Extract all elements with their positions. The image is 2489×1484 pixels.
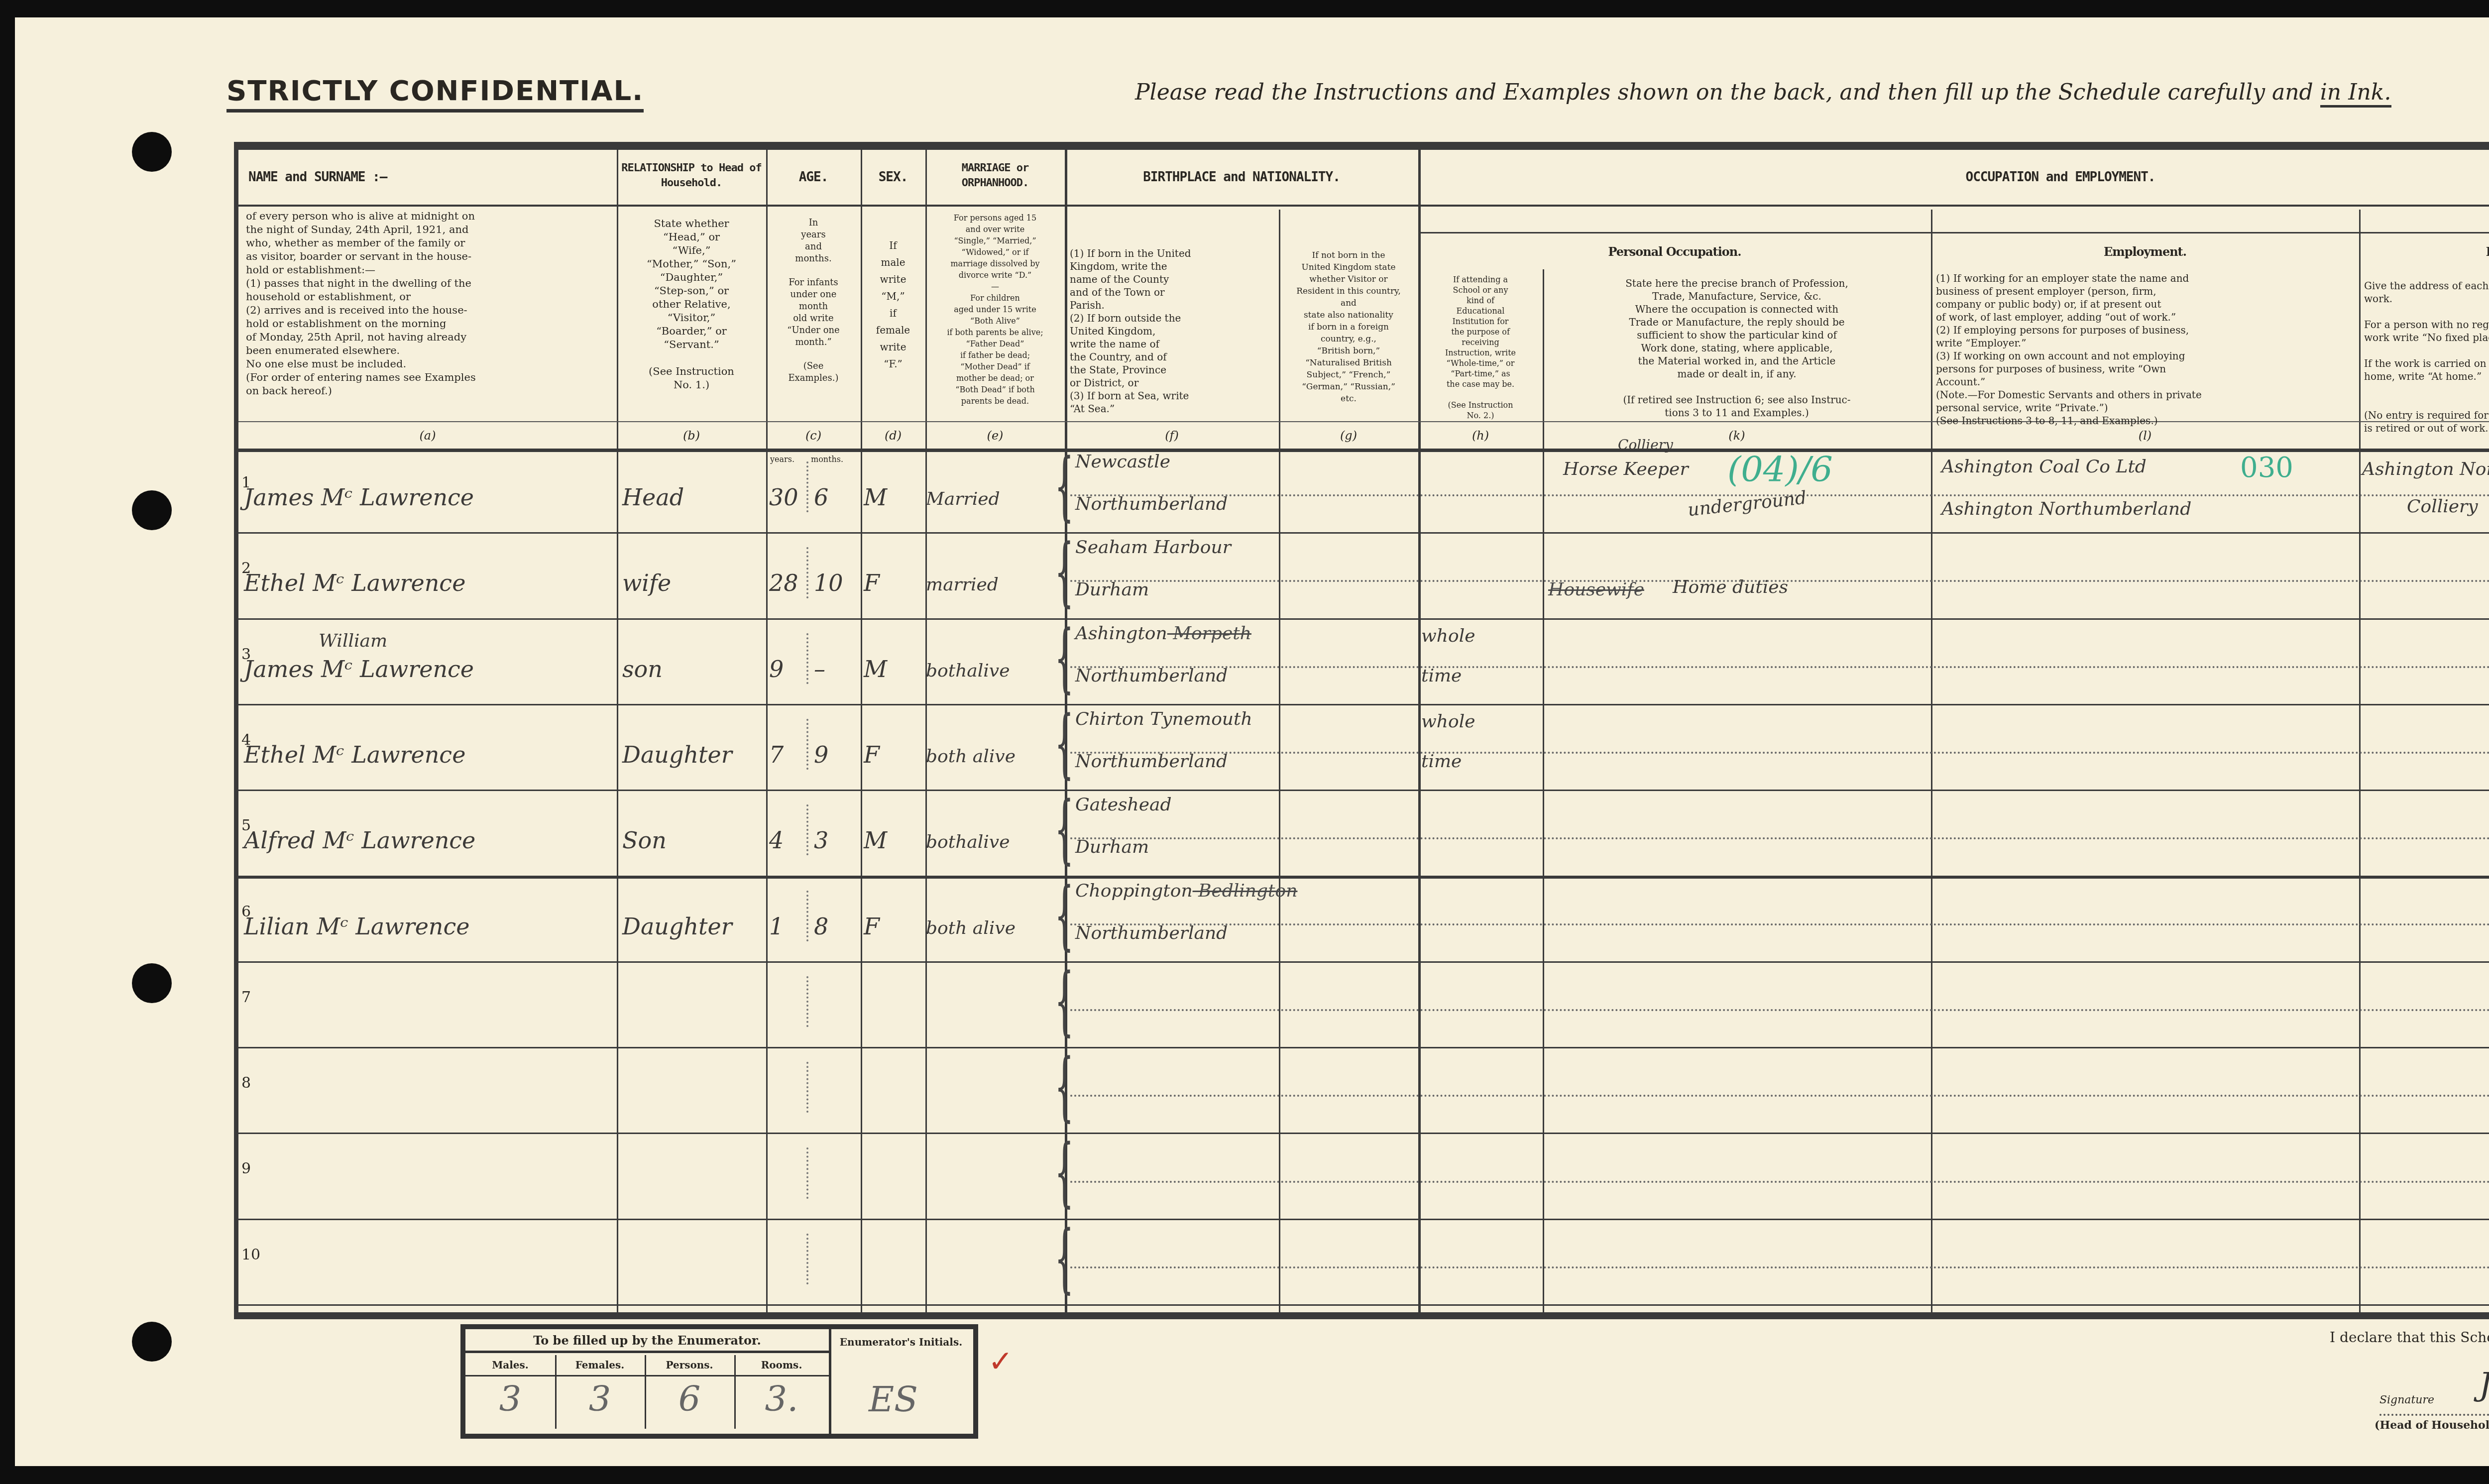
birthplace-town-field[interactable]: Newcastle: [1075, 452, 1170, 472]
fill-instructions: Please read the Instructions and Example…: [1135, 80, 2391, 105]
red-check-mark-icon: ✓: [988, 1344, 1013, 1379]
person-name-insert: William: [319, 631, 387, 651]
column-header-place-of-work: Place of Work.: [2359, 244, 2489, 259]
occupation-struck-text: Housewife: [1548, 579, 1644, 600]
relationship-field[interactable]: Daughter: [622, 913, 732, 940]
age-months-field[interactable]: –: [814, 656, 825, 683]
females-count: Females.3: [555, 1355, 646, 1429]
instructions-personal-occupation: State here the precise branch of Profess…: [1548, 277, 1926, 419]
birthplace-county-field[interactable]: Durham: [1075, 579, 1149, 600]
instructions-name: of every person who is alive at midnight…: [246, 210, 609, 398]
instructions-school: If attending aSchool or anykind ofEducat…: [1421, 274, 1540, 421]
school-attendance-field[interactable]: whole: [1421, 626, 1475, 646]
row-number: 10: [241, 1246, 260, 1263]
age-months-field[interactable]: 10: [814, 570, 843, 596]
instructions-employment: (1) If working for an employer state the…: [1936, 272, 2354, 427]
sex-field[interactable]: F: [864, 913, 880, 940]
age-months-field[interactable]: 8: [814, 913, 828, 940]
column-header-age: AGE.: [766, 170, 861, 185]
person-name-field[interactable]: James Mᶜ Lawrence: [244, 484, 474, 511]
person-name-field[interactable]: Ethel Mᶜ Lawrence: [244, 570, 465, 596]
birthplace-brace-icon: {: [1055, 535, 1074, 609]
punch-hole: [132, 132, 172, 172]
birthplace-brace-icon: {: [1055, 792, 1074, 867]
occupation-field[interactable]: Horse Keeper: [1563, 459, 1689, 479]
age-years-field[interactable]: 9: [769, 656, 784, 683]
instructions-place-of-work: Give the address of each person's place …: [2364, 279, 2489, 435]
person-name-field[interactable]: Ethel Mᶜ Lawrence: [244, 741, 465, 768]
birthplace-brace-icon: {: [1055, 1135, 1074, 1210]
household-schedule-table: NAME and SURNAME :— RELATIONSHIP to Head…: [234, 142, 2489, 1319]
instructions-birthplace: (1) If born in the UnitedKingdom, write …: [1070, 247, 1274, 415]
enumerator-initials-field[interactable]: ES: [869, 1379, 918, 1420]
sex-field[interactable]: F: [864, 570, 880, 596]
marriage-field[interactable]: bothalive: [926, 832, 1010, 852]
row-number: 8: [241, 1074, 251, 1092]
person-name-field[interactable]: Alfred Mᶜ Lawrence: [244, 827, 475, 854]
instructions-nationality: If not born in theUnited Kingdom statewh…: [1281, 249, 1416, 405]
birthplace-town-field[interactable]: Choppington Bedlington: [1075, 881, 1297, 901]
age-years-field[interactable]: 1: [769, 913, 784, 940]
workplace-line2: Colliery: [2407, 496, 2478, 517]
signature-field[interactable]: James Mᶜ Lawrence: [2479, 1367, 2489, 1403]
birthplace-brace-icon: {: [1055, 1049, 1074, 1124]
birthplace-brace-icon: {: [1055, 706, 1074, 781]
instructions-age: Inyearsandmonths. For infantsunder onemo…: [769, 217, 858, 384]
birthplace-town-field[interactable]: Gateshead: [1075, 795, 1171, 815]
age-months-field[interactable]: 9: [814, 741, 828, 768]
age-years-field[interactable]: 30: [769, 484, 798, 511]
sex-field[interactable]: M: [864, 656, 887, 683]
birthplace-brace-icon: {: [1055, 878, 1074, 953]
column-header-sex: SEX.: [861, 170, 925, 185]
workplace-field[interactable]: Ashington Northumberland: [2362, 459, 2489, 479]
age-years-field[interactable]: 28: [769, 570, 798, 596]
occupation-field[interactable]: Home duties: [1673, 577, 1788, 597]
employer-field[interactable]: Ashington Coal Co Ltd: [1941, 457, 2147, 477]
birthplace-town-field[interactable]: Seaham Harbour: [1075, 537, 1231, 558]
sex-field[interactable]: M: [864, 484, 887, 511]
marriage-field[interactable]: both alive: [926, 918, 1016, 938]
column-header-birthplace: BIRTHPLACE and NATIONALITY.: [1065, 170, 1418, 185]
row-number: 9: [241, 1160, 251, 1177]
punch-hole: [132, 1322, 172, 1362]
punch-hole: [132, 963, 172, 1003]
marriage-field[interactable]: married: [926, 574, 999, 595]
age-months-field[interactable]: 3: [814, 827, 828, 854]
relationship-field[interactable]: Head: [622, 484, 684, 511]
employer-address-field[interactable]: Ashington Northumberland: [1941, 499, 2191, 519]
school-attendance-field[interactable]: whole: [1421, 711, 1475, 732]
signature-caption: (Head of Household, Manager of Establish…: [2375, 1419, 2489, 1432]
person-name-field[interactable]: James Mᶜ Lawrence: [244, 656, 474, 683]
birthplace-brace-icon: {: [1055, 621, 1074, 695]
school-attendance-line2: time: [1421, 666, 1462, 686]
instructions-sex: Ifmalewrite“M,”iffemalewrite“F.”: [863, 237, 923, 372]
age-years-field[interactable]: 4: [769, 827, 784, 854]
age-years-field[interactable]: 7: [769, 741, 784, 768]
instructions-relationship: State whether“Head,” or“Wife,”“Mother,” …: [619, 217, 764, 392]
column-header-name: NAME and SURNAME :—: [238, 170, 627, 185]
enumerator-summary-box: To be filled up by the Enumerator. Enume…: [460, 1324, 978, 1439]
column-header-employment: Employment.: [1931, 244, 2359, 259]
relationship-field[interactable]: son: [622, 656, 663, 683]
birthplace-brace-icon: {: [1055, 1221, 1074, 1296]
birthplace-county-field[interactable]: Northumberland: [1075, 666, 1228, 686]
sex-field[interactable]: M: [864, 827, 887, 854]
birthplace-county-field[interactable]: Northumberland: [1075, 494, 1228, 514]
column-header-marriage: MARRIAGE or ORPHANHOOD.: [925, 161, 1065, 191]
birthplace-brace-icon: {: [1055, 964, 1074, 1038]
declaration-text: I declare that this Schedule is correctl…: [2330, 1329, 2489, 1346]
age-months-field[interactable]: 6: [814, 484, 828, 511]
employer-code: 030: [2240, 452, 2293, 484]
relationship-field[interactable]: wife: [622, 570, 671, 596]
relationship-field[interactable]: Daughter: [622, 741, 732, 768]
marriage-field[interactable]: both alive: [926, 746, 1016, 767]
marriage-field[interactable]: Married: [926, 489, 1000, 509]
relationship-field[interactable]: Son: [622, 827, 667, 854]
column-header-personal-occupation: Personal Occupation.: [1418, 244, 1931, 259]
birthplace-brace-icon: {: [1055, 449, 1074, 524]
column-header-relationship: RELATIONSHIP to Head of Household.: [617, 161, 766, 191]
person-name-field[interactable]: Lilian Mᶜ Lawrence: [244, 913, 469, 940]
row-number: 7: [241, 989, 251, 1006]
instructions-marriage: For persons aged 15and over write“Single…: [928, 212, 1062, 407]
birthplace-county-field[interactable]: Northumberland: [1075, 923, 1228, 943]
occupation-insert: Colliery: [1618, 437, 1673, 453]
sex-field[interactable]: F: [864, 741, 880, 768]
birthplace-town-field[interactable]: Ashington Morpeth: [1075, 623, 1251, 644]
column-header-occupation: OCCUPATION and EMPLOYMENT.: [1418, 170, 2489, 185]
birthplace-town-field[interactable]: Chirton Tynemouth: [1075, 709, 1252, 729]
confidential-heading: STRICTLY CONFIDENTIAL.: [226, 75, 644, 113]
occupation-code: (04)/6: [1727, 449, 1833, 490]
marriage-field[interactable]: bothalive: [926, 661, 1010, 681]
birthplace-county-field[interactable]: Durham: [1075, 837, 1149, 857]
rooms-count: Rooms.3.: [734, 1355, 829, 1429]
persons-count: Persons.6: [645, 1355, 736, 1429]
punch-hole: [132, 490, 172, 530]
males-count: Males.3: [465, 1355, 557, 1429]
school-attendance-line2: time: [1421, 751, 1462, 772]
birthplace-county-field[interactable]: Northumberland: [1075, 751, 1228, 772]
